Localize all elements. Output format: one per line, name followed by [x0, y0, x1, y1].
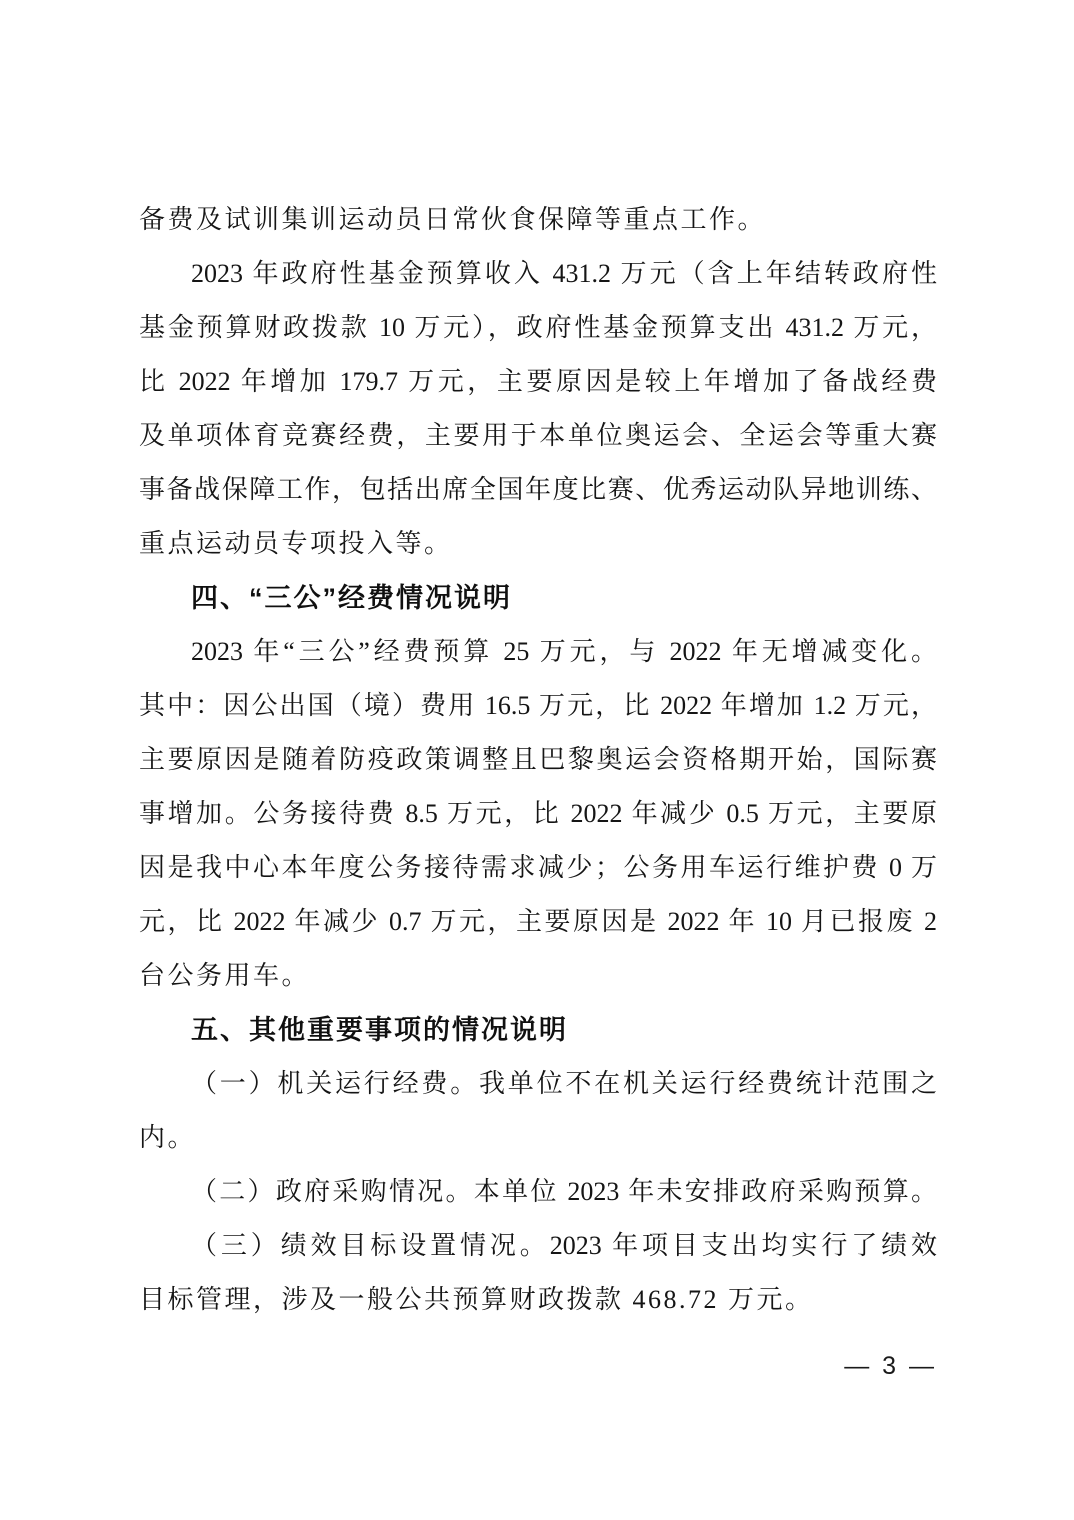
- body-line: 目标管理，涉及一般公共预算财政拨款 468.72 万元。: [139, 1273, 937, 1327]
- body-line: （三）绩效目标设置情况。2023 年项目支出均实行了绩效: [139, 1219, 937, 1273]
- body-line: 备费及试训集训运动员日常伙食保障等重点工作。: [139, 193, 937, 247]
- body-line: 其中：因公出国（境）费用 16.5 万元，比 2022 年增加 1.2 万元，: [139, 679, 937, 733]
- body-line: （二）政府采购情况。本单位 2023 年未安排政府采购预算。: [139, 1165, 937, 1219]
- section-heading-three-public-funds: 四、“三公”经费情况说明: [139, 571, 937, 625]
- document-body: 备费及试训集训运动员日常伙食保障等重点工作。 2023 年政府性基金预算收入 4…: [139, 193, 937, 1327]
- body-line: 比 2022 年增加 179.7 万元，主要原因是较上年增加了备战经费: [139, 355, 937, 409]
- body-line: 因是我中心本年度公务接待需求减少；公务用车运行维护费 0 万: [139, 841, 937, 895]
- body-line: （一）机关运行经费。我单位不在机关运行经费统计范围之: [139, 1057, 937, 1111]
- body-line: 事备战保障工作，包括出席全国年度比赛、优秀运动队异地训练、: [139, 463, 937, 517]
- body-line: 元，比 2022 年减少 0.7 万元，主要原因是 2022 年 10 月已报废…: [139, 895, 937, 949]
- body-line: 主要原因是随着防疫政策调整且巴黎奥运会资格期开始，国际赛: [139, 733, 937, 787]
- body-line: 重点运动员专项投入等。: [139, 517, 937, 571]
- body-line: 基金预算财政拨款 10 万元），政府性基金预算支出 431.2 万元，: [139, 301, 937, 355]
- body-line: 及单项体育竞赛经费，主要用于本单位奥运会、全运会等重大赛: [139, 409, 937, 463]
- section-heading-other-important-items: 五、其他重要事项的情况说明: [139, 1003, 937, 1057]
- body-line: 2023 年政府性基金预算收入 431.2 万元（含上年结转政府性: [139, 247, 937, 301]
- body-line: 内。: [139, 1111, 937, 1165]
- document-page: 备费及试训集训运动员日常伙食保障等重点工作。 2023 年政府性基金预算收入 4…: [0, 0, 1074, 1520]
- body-line: 事增加。公务接待费 8.5 万元，比 2022 年减少 0.5 万元，主要原: [139, 787, 937, 841]
- body-line: 2023 年“三公”经费预算 25 万元，与 2022 年无增减变化。: [139, 625, 937, 679]
- body-line: 台公务用车。: [139, 949, 937, 1003]
- page-number: — 3 —: [139, 1352, 937, 1381]
